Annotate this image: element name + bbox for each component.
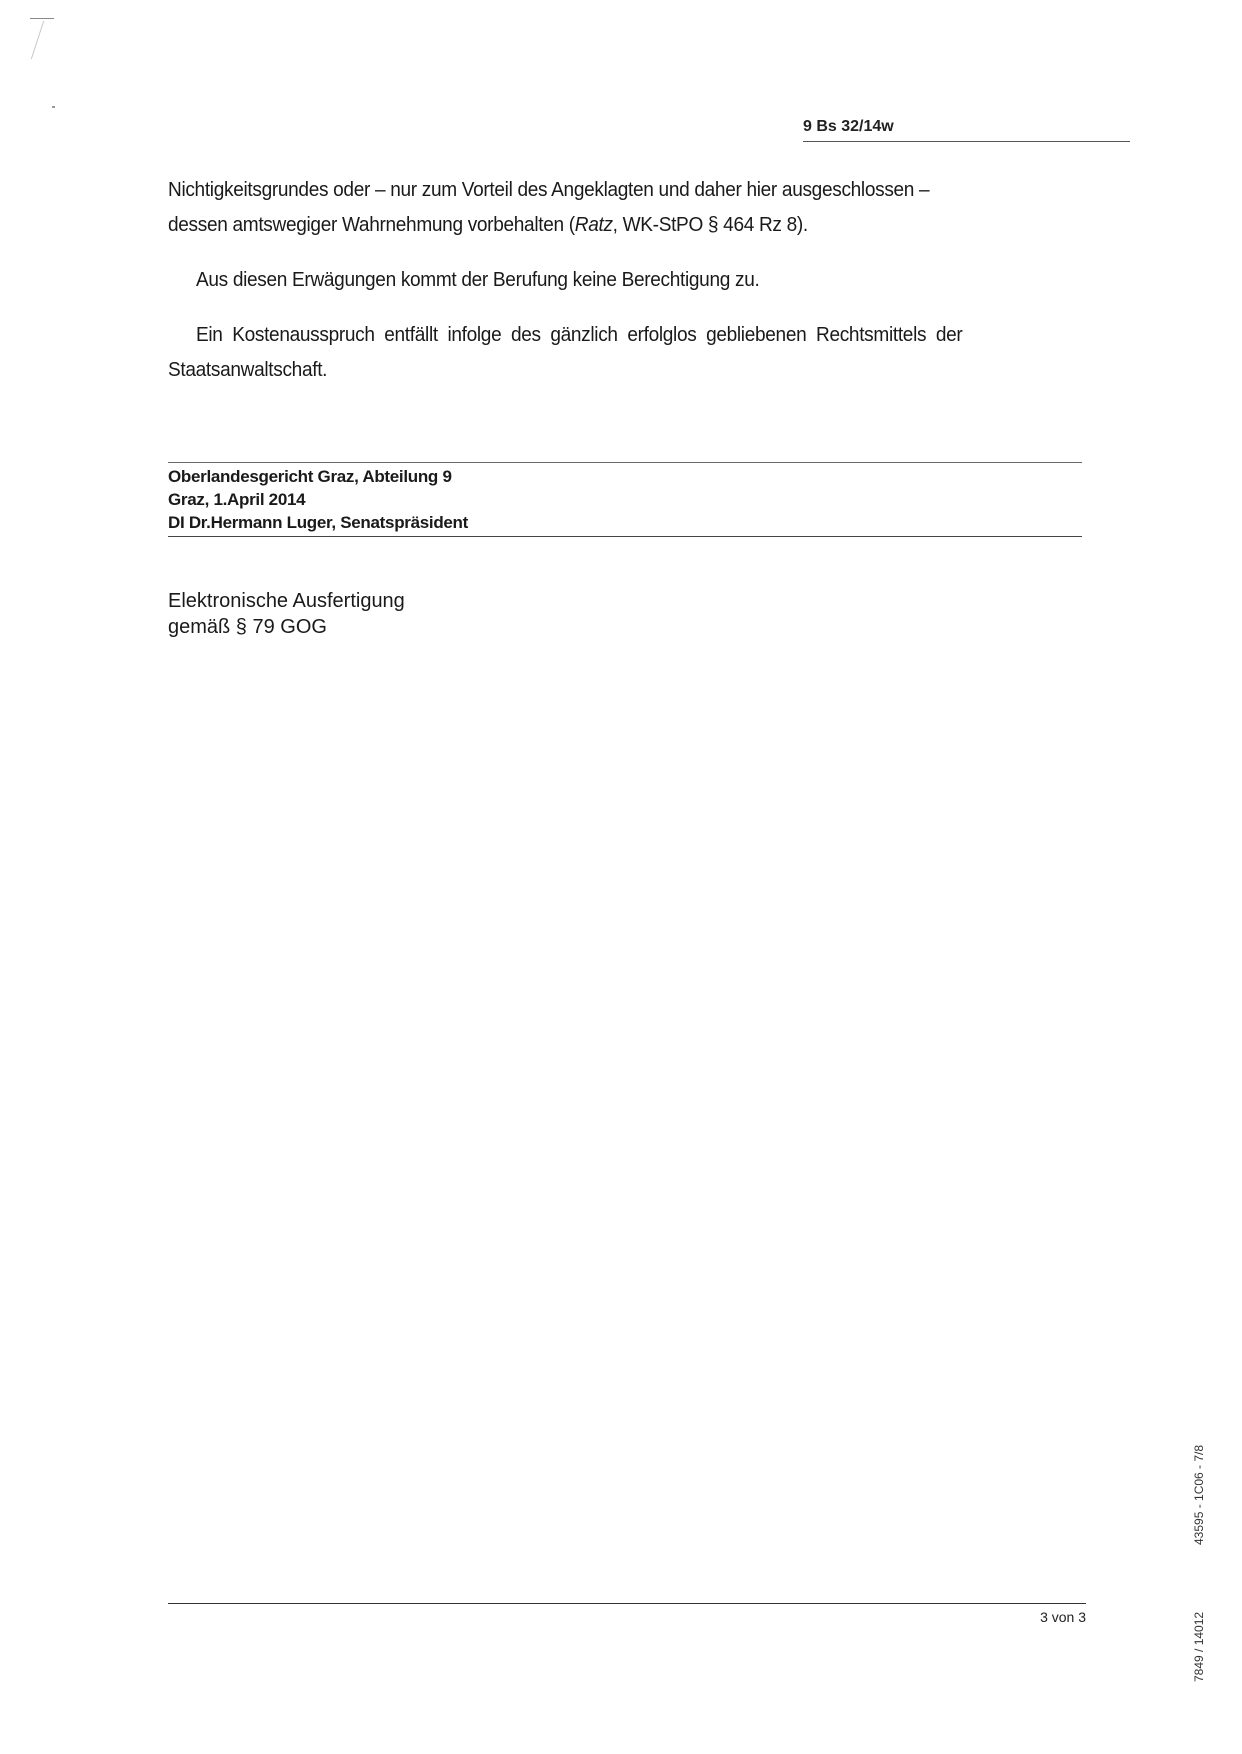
signature-rule-top (168, 462, 1082, 463)
case-reference: 9 Bs 32/14w (803, 118, 894, 136)
electronic-copy-line: gemäß § 79 GOG (168, 616, 327, 639)
paragraph-line: Ein Kostenausspruch entfällt infolge des… (196, 323, 962, 347)
signature-signer: DI Dr.Hermann Luger, Senatspräsident (168, 513, 468, 533)
print-code: 7849 / 14012 (1192, 1612, 1206, 1682)
paragraph-line: Aus diesen Erwägungen kommt der Berufung… (196, 268, 759, 292)
signature-place-date: Graz, 1.April 2014 (168, 490, 305, 510)
paragraph-line: Staatsanwaltschaft. (168, 358, 327, 382)
text-segment: dessen amtswegiger Wahrnehmung vorbehalt… (168, 213, 575, 236)
paragraph-line: Nichtigkeitsgrundes oder – nur zum Vorte… (168, 178, 929, 202)
footer-rule (168, 1603, 1086, 1604)
text-segment: , WK-StPO § 464 Rz 8). (613, 213, 808, 236)
header-rule (803, 141, 1130, 142)
citation-author: Ratz (575, 213, 613, 236)
paragraph-line: dessen amtswegiger Wahrnehmung vorbehalt… (168, 213, 808, 237)
scan-artifact (52, 106, 55, 108)
page-indicator: 3 von 3 (1040, 1609, 1086, 1625)
electronic-copy-line: Elektronische Ausfertigung (168, 590, 405, 613)
scan-artifact (30, 18, 54, 19)
scan-artifact (31, 21, 44, 59)
signature-court: Oberlandesgericht Graz, Abteilung 9 (168, 467, 452, 487)
signature-rule-bottom (168, 536, 1082, 537)
form-code: 43595 - 1C06 - 7/8 (1192, 1445, 1206, 1545)
